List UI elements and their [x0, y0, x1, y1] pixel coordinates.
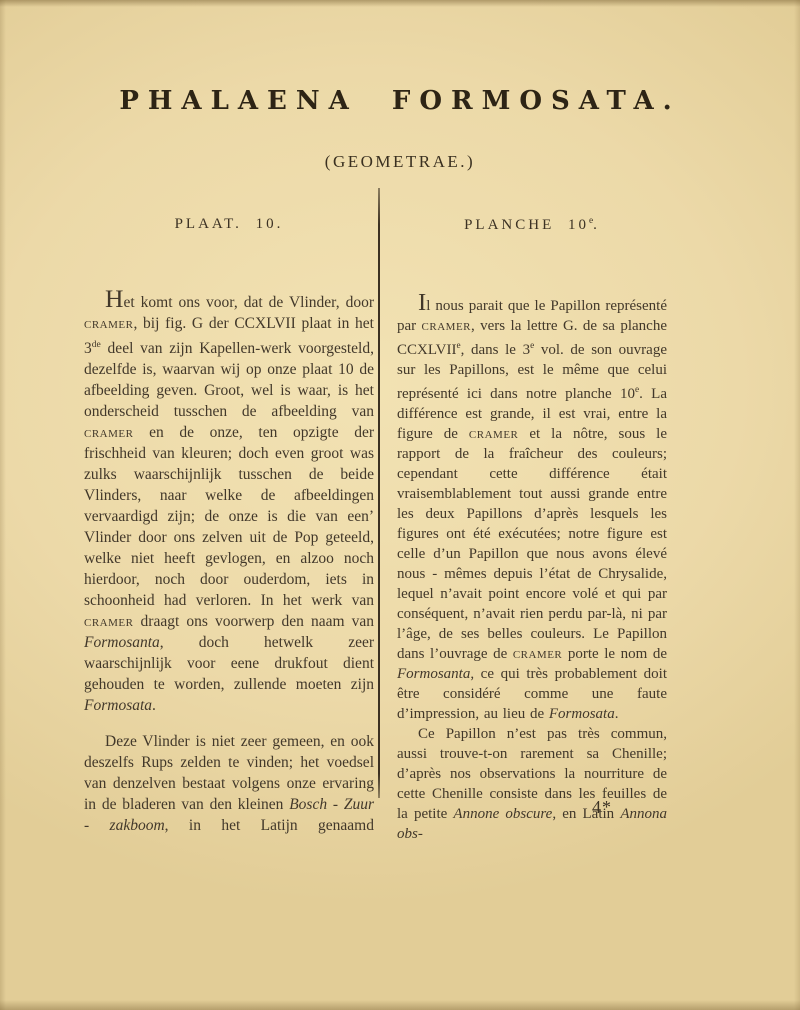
- left-column-text: Het komt ons voor, dat de Vlinder, door …: [84, 292, 374, 836]
- page-title: PHALAENA FORMOSATA.: [0, 86, 800, 116]
- right-column-text: Il nous parait que le Papillon représent…: [397, 296, 667, 844]
- paragraph-french-2: Ce Papillon n’est pas très commun, aussi…: [397, 724, 667, 844]
- sheet-signature: 4*: [592, 797, 612, 818]
- column-divider-line: [378, 188, 380, 798]
- paragraph-dutch-2: Deze Vlinder is niet zeer gemeen, en ook…: [84, 731, 374, 836]
- paragraph-french-1: Il nous parait que le Papillon représent…: [397, 296, 667, 724]
- left-column-header: PLAAT. 10.: [83, 216, 375, 233]
- paragraph-dutch-1: Het komt ons voor, dat de Vlinder, door …: [84, 292, 374, 716]
- right-column-header: PLANCHE 10e.: [396, 216, 668, 234]
- page-subtitle: (GEOMETRAE.): [0, 152, 800, 172]
- book-page: PHALAENA FORMOSATA. (GEOMETRAE.) PLAAT. …: [0, 0, 800, 1010]
